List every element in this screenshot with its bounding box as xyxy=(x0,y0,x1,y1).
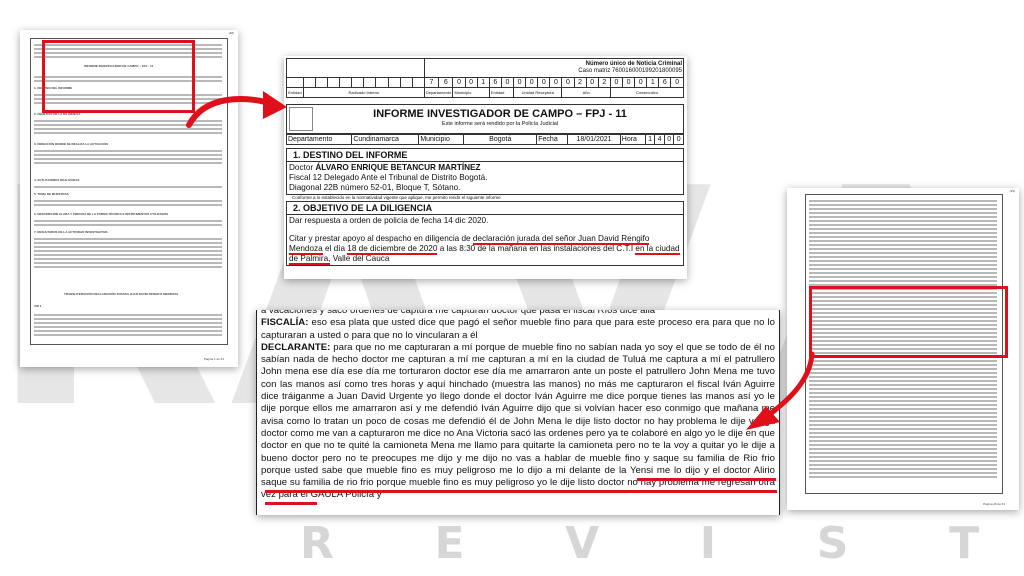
watermark-subtitle: R E V I S T A xyxy=(300,522,1024,566)
thumb-section-5: 5. TOMA DE MUESTRAS xyxy=(34,192,69,196)
page-code-right: (29) xyxy=(1010,189,1015,193)
thumb-section-7: 7. RESULTADOS DE LA ACTIVIDAD INVESTIGAT… xyxy=(34,230,108,234)
thumb-section-6: 6. DESCRIPCIÓN CLARA Y PRECISA DE LA FOR… xyxy=(34,212,168,216)
fiscalia-paragraph: FISCALÍA: eso esa plata que usted dice q… xyxy=(261,317,775,342)
noticia-label: Número único de Noticia Criminal xyxy=(586,61,682,67)
thumb-transliteration-title: TRANSLITERACIÓN DECLARACIÓN JURADA JUAN … xyxy=(64,292,178,296)
municipio-value: Bogotá xyxy=(464,135,537,145)
label-departamento: Departamento xyxy=(424,88,453,98)
page-code: (28) xyxy=(229,31,234,35)
caso-matriz: Caso matriz 760016000199201800095 xyxy=(578,68,682,74)
transcript-excerpt: a vacaciones y sacó órdenes de captura m… xyxy=(256,310,780,515)
label-entidad-2: Entidad xyxy=(489,88,513,98)
section-objetivo-title: 2. OBJETIVO DE LA DILIGENCIA xyxy=(286,201,684,215)
arrow-right-to-transcript-icon xyxy=(740,350,830,440)
respuesta-line: Dar respuesta a orden de policía de fech… xyxy=(289,216,681,226)
thumb-page-number: Página 1 de 61 xyxy=(204,357,224,361)
address-line: Diagonal 22B número 52-01, Bloque T, Sót… xyxy=(289,183,681,193)
label-ano: Año xyxy=(562,88,610,98)
arrow-left-to-form-icon xyxy=(185,75,290,130)
form-excerpt-fpj11: Número único de Noticia Criminal Caso ma… xyxy=(284,56,687,279)
logo-box xyxy=(289,107,313,131)
underline-2 xyxy=(265,490,777,493)
label-municipio: Municipio xyxy=(453,88,489,98)
objective-paragraph: Citar y prestar apoyo al despacho en dil… xyxy=(289,234,681,264)
fecha-value: 18/01/2021 xyxy=(568,135,621,145)
label-consecutivo: Consecutivo xyxy=(610,88,683,98)
form-title: INFORME INVESTIGADOR DE CAMPO – FPJ - 11 xyxy=(317,108,683,120)
label-radicado: Radicado Interno xyxy=(303,88,424,98)
doctor-line: Doctor ÁLVARO ENRIQUE BETANCUR MARTÍNEZ xyxy=(289,163,681,173)
label-unidad: Unidad Receptora xyxy=(514,88,562,98)
highlight-box-right xyxy=(809,286,1008,358)
underline-3 xyxy=(265,502,317,505)
thumb-right-page-number: Página 29 de 61 xyxy=(983,502,1005,506)
form-subtitle: Este informe será rendido por la Policía… xyxy=(317,121,683,127)
highlight-box-left xyxy=(42,40,195,113)
underline-1 xyxy=(637,478,776,481)
departamento-value: Cundinamarca xyxy=(352,135,419,145)
thumb-vid-label: VID 1 xyxy=(34,304,42,308)
conforme-line: Conforme a lo establecido en la normativ… xyxy=(286,195,684,200)
section-destino-title: 1. DESTINO DEL INFORME xyxy=(286,148,684,162)
fiscal-line: Fiscal 12 Delegado Ante el Tribunal de D… xyxy=(289,173,681,183)
thumb-section-3: 3. DIRECCIÓN DONDE SE REALIZA LA ACTUACI… xyxy=(34,142,108,146)
thumb-section-4: 4. ACTUACIONES REALIZADAS xyxy=(34,178,79,182)
